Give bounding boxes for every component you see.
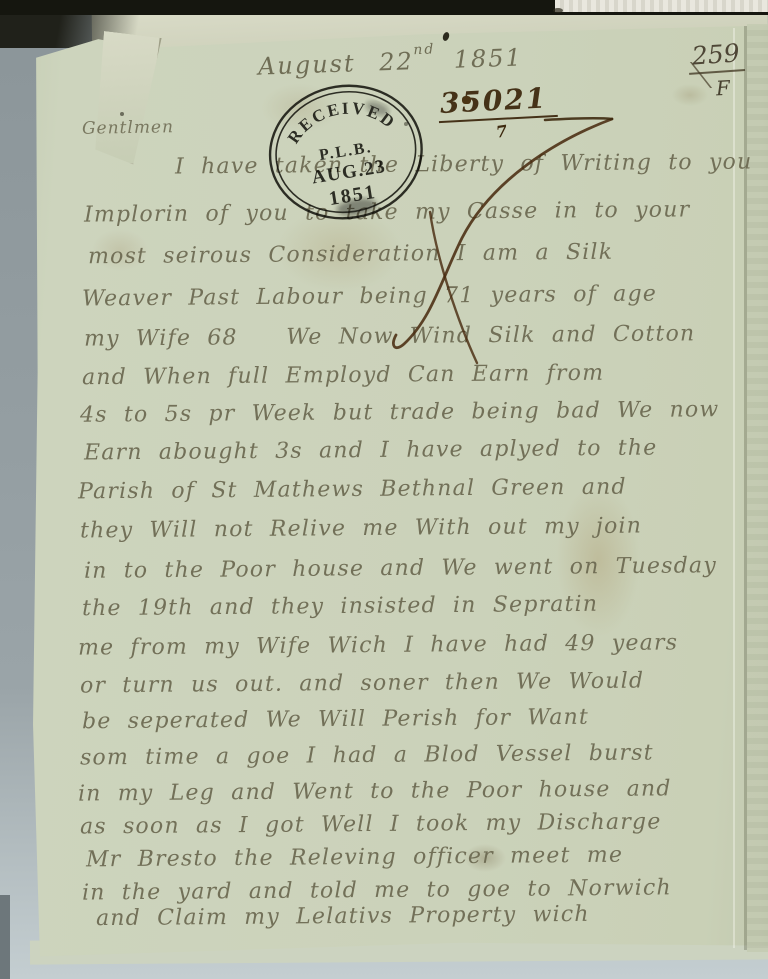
date-year: 1851: [453, 43, 523, 73]
letter-line: Weaver Past Labour being 71 years of age: [82, 281, 657, 311]
ink-blot: [462, 96, 471, 104]
scanned-letter-page: August 22nd1851 259 F 35021 7 Gentlmen I…: [0, 0, 768, 979]
reference-number: 35021: [437, 81, 558, 123]
letter-line: they Will not Relive me With out my join: [80, 514, 642, 544]
letter-line: most seirous Consideration I am a Silk: [88, 240, 613, 270]
letter-line: be seperated We Will Perish for Want: [82, 705, 589, 734]
letter-line: the 19th and they insisted in Sepratin: [82, 592, 598, 622]
received-stamp: RECEIVED P.L.B. AUG.23 1851: [253, 66, 438, 240]
letter-line: Earn abought 3s and I have aplyed to the: [84, 435, 658, 465]
letter-line: in my Leg and Went to the Poor house and: [78, 776, 672, 806]
letter-line: Parish of St Mathews Bethnal Green and: [78, 475, 627, 505]
ink-speck: [120, 112, 124, 116]
letter-line: and When full Employd Can Earn from: [82, 361, 604, 391]
letter-line: me from my Wife Wich I have had 49 years: [78, 630, 678, 660]
binding-cloth-strip: [555, 0, 768, 12]
date-superscript: nd: [413, 41, 436, 58]
salutation: Gentlmen: [82, 117, 174, 139]
letter-line: som time a goe I had a Blod Vessel burst: [80, 740, 654, 770]
ink-speck: [553, 8, 563, 13]
letter-line: as soon as I got Well I took my Discharg…: [80, 809, 662, 839]
letter-line: my Wife 68 We Now Wind Silk and Cotton: [84, 321, 696, 351]
letter-line: Mr Bresto the Releving officer meet me: [86, 843, 623, 873]
background-edge: [0, 895, 10, 979]
letter-line: and Claim my Lelativs Property wich: [96, 902, 590, 931]
letter-line: or turn us out. and soner then We Would: [80, 669, 644, 699]
letter-line: I have taken the Liberty of Writing to y…: [175, 149, 753, 179]
